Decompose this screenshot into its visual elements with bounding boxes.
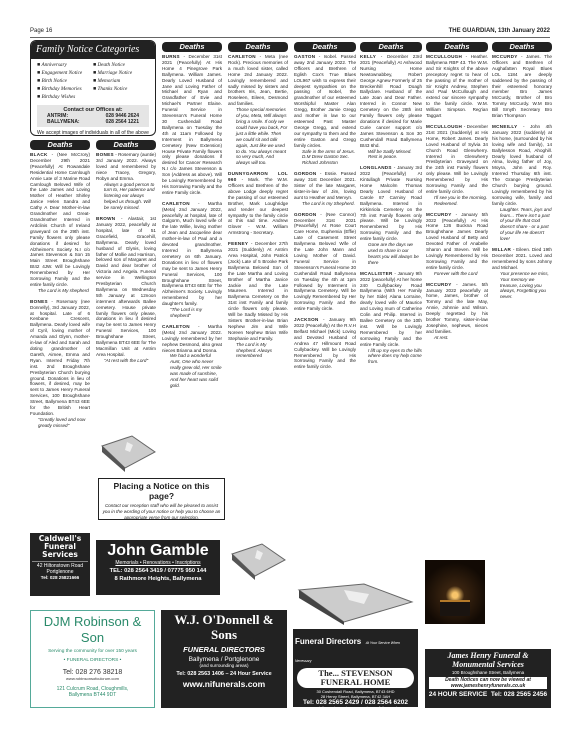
notice-text: - Rosemary (nee Donnelly), 3rd January 2… bbox=[30, 299, 90, 416]
deceased-name: MCCURDY bbox=[426, 212, 452, 217]
notice-text: - John 4th January 2022 (suddenly) at hi… bbox=[492, 124, 552, 206]
placing-notice-box: Placing a Notice on this page? Contact o… bbox=[98, 478, 225, 520]
henry-notice: Death Notices can now be viewed at www.j… bbox=[429, 677, 547, 689]
column-7: DeathsMCCULLOUGH - Heather. Ballymena RB… bbox=[426, 42, 488, 532]
death-notice: MCCULLOUGH - December 21st 2021 (Suddenl… bbox=[426, 124, 488, 207]
column-4: DeathsCARLETON - Meta (nee Rock). Precio… bbox=[228, 42, 288, 452]
death-notice: CARLETON - Meta (nee Rock). Precious mem… bbox=[228, 54, 288, 166]
notice-text: - December 27th 2021 (Suddenly) At Antri… bbox=[228, 241, 288, 341]
notice-verse: Your presence we miss, Your memory we tr… bbox=[492, 271, 552, 301]
categories-list: AnniversaryDeath NoticeEngagement Notice… bbox=[31, 59, 155, 103]
gamble-address: 8 Rathmore Heights, Ballymena bbox=[98, 576, 218, 582]
odonnell-sub: (and surrounding areas) bbox=[163, 663, 285, 668]
notice-text: - January 3rd 2022 (Peacefully) At Kintu… bbox=[360, 165, 422, 241]
notice-verse: Will be Sadly Missed. Rest in peace. bbox=[360, 149, 422, 161]
gamble-name: John Gamble bbox=[98, 542, 218, 560]
death-notice: JACKSON - January 9th 2022 (Peacefully) … bbox=[294, 317, 356, 370]
henry-name: James Henry Funeral & Monumental Service… bbox=[427, 651, 549, 669]
henry-tel: 24 HOUR SERVICE Tel: 028 2565 2456 bbox=[427, 691, 549, 698]
bible-icon bbox=[227, 540, 287, 580]
deceased-name: KELLY bbox=[360, 54, 376, 59]
stevenson-tel: Tel: 028 2565 2429 / 028 2564 6202 bbox=[295, 699, 416, 706]
robinson-address: 121 Culcrum Road, Cloughmills, Ballymena… bbox=[34, 686, 151, 698]
column-5: DeathsGASTON - Isobel. Passed away 2nd J… bbox=[294, 42, 356, 562]
robinson-name: DJM Robinson & Son bbox=[34, 614, 151, 646]
stevenson-web: or visit www.jamesstevensonandson.yellsi… bbox=[295, 706, 416, 707]
bible-icon bbox=[97, 432, 157, 472]
deceased-name: MCNEILLY bbox=[492, 124, 517, 129]
deceased-name: MCCURDY bbox=[426, 282, 452, 287]
deaths-header: Deaths bbox=[228, 42, 288, 52]
placing-title: Placing a Notice on this page? bbox=[101, 481, 222, 501]
death-notice: MCCURDY - James. The Officers and Brethr… bbox=[492, 54, 552, 119]
notice-verse: Gone are the days we used to share in ou… bbox=[360, 242, 422, 266]
odonnell-area: Ballymena / Portglenone bbox=[163, 656, 285, 663]
deceased-name: CARLETON bbox=[162, 324, 190, 329]
notice-text: - (Nee McCrory) December 29th 2021 (Peac… bbox=[30, 152, 90, 287]
john-gamble-ad: John Gamble Memorials • Renovations • In… bbox=[96, 540, 220, 595]
deceased-name: MCALLISTER bbox=[360, 271, 393, 276]
notice-text: - December 23rd 2021 (Peacefully) At Ash… bbox=[360, 54, 422, 148]
notice-verse: Safe in the arms of Jesus. D.M Drew Gast… bbox=[294, 149, 356, 167]
notice-verse: We had a wonderful Aunt, One who never r… bbox=[162, 353, 222, 388]
notice-verse: Always a good person to turn to, Her pat… bbox=[96, 182, 156, 212]
categories-footer: We accept images of individuals in all o… bbox=[31, 129, 155, 136]
notice-verse: The Lord is my Shepherd. bbox=[294, 201, 356, 207]
deaths-header: Deaths bbox=[360, 42, 422, 52]
category-item: Death Notice bbox=[93, 61, 149, 69]
deceased-name: BROWN bbox=[96, 216, 115, 221]
notice-verse: The Lord is My shepherd bbox=[30, 288, 90, 294]
candle-image bbox=[425, 560, 485, 624]
notice-verse: At rest. bbox=[426, 335, 488, 341]
deaths-header: Deaths bbox=[426, 42, 488, 52]
deaths-header: Deaths bbox=[294, 42, 356, 52]
notice-text: - Heather. Ballymena RBP 43. The W.M. an… bbox=[426, 54, 488, 118]
caldwell-tel: Tel: 028 25821666 bbox=[32, 575, 88, 580]
notice-verse: Those special memories of you, Meta, Wil… bbox=[228, 107, 288, 166]
notice-text: - James. 5th January 2022 peacefully at … bbox=[426, 282, 488, 334]
candle-icon bbox=[440, 600, 470, 616]
caldwell-name: Caldwell's Funeral Services bbox=[32, 535, 88, 559]
deceased-name: CARLETON bbox=[228, 54, 256, 59]
deceased-name: GASTON bbox=[294, 54, 315, 59]
james-henry-ad: James Henry Funeral & Monumental Service… bbox=[425, 649, 551, 708]
notice-text: - (Nee Connor) December 31st 2021 (Peace… bbox=[294, 212, 356, 312]
notice-text: - January 9th 2022 (Peacefully) At the R… bbox=[294, 317, 356, 369]
stevenson-tag-row: Funeral Directors At Your Service When N… bbox=[295, 631, 416, 667]
caldwell-ad: Caldwell's Funeral Services 42 Hiltonsto… bbox=[30, 533, 90, 596]
notice-verse: The Lord is My shepherd. Always remember… bbox=[228, 342, 288, 360]
column-1: DeathsBLACK - (Nee McCrory) December 29t… bbox=[30, 140, 90, 540]
death-notice: GASTON - Isobel. Passed away 2nd January… bbox=[294, 54, 356, 166]
notice-verse: "The Lord is my shepherd" bbox=[162, 307, 222, 319]
deceased-name: MILLAR bbox=[492, 247, 511, 252]
stevenson-name: The... STEVENSON FUNERAL HOME bbox=[297, 668, 414, 688]
death-notice: FEENEY - December 27th 2021 (Suddenly) A… bbox=[228, 241, 288, 359]
death-notice: BURNS - December 31st 2021 (Peacefully) … bbox=[162, 54, 222, 196]
death-notice: CARLETON - Martha (Meta) 2nd January 202… bbox=[162, 201, 222, 319]
gamble-tel: TEL: 028 2564 3419 / 07775 950 144 bbox=[98, 568, 218, 574]
death-notice: BONES - Rosemary (nee Donnelly), 3rd Jan… bbox=[30, 299, 90, 429]
deceased-name: BURNS bbox=[162, 54, 180, 59]
death-notice: BONES - Rosemary (auntie) 3rd January 20… bbox=[96, 152, 156, 211]
robinson-web: www.robinsonsofculcrum.com bbox=[34, 676, 151, 681]
notice-verse: Laughter. Tears, joys and fears... There… bbox=[492, 207, 552, 242]
deceased-name: GORDON bbox=[294, 212, 316, 217]
category-item: Marriage Notice bbox=[93, 69, 149, 77]
column-6: DeathsKELLY - December 23rd 2021 (Peacef… bbox=[360, 42, 422, 562]
notice-text: - Isobel. Passed away 2nd January 2022. … bbox=[294, 54, 356, 148]
notice-text: - Meta (nee Rock). Precious memories of … bbox=[228, 54, 288, 106]
odonnell-name: W.J. O'Donnell & Sons bbox=[163, 612, 285, 642]
notice-verse: Forever with the Lord bbox=[426, 271, 488, 277]
death-notice: MILLAR - Eileen. Died 19th December 2021… bbox=[492, 247, 552, 300]
notice-verse: I lift up my eyes to the hills where doe… bbox=[360, 348, 422, 366]
odonnell-tel: Tel: 028 2563 1406 – 24 Hour Service bbox=[163, 671, 285, 677]
stevenson-tag: Funeral Directors bbox=[295, 637, 361, 646]
robinson-tel: Tel: 028 276 38218 bbox=[34, 669, 151, 676]
notice-text: - Alastair, 1st January 2022, peacefully… bbox=[96, 216, 156, 357]
category-item: Birthday Memories bbox=[37, 85, 93, 93]
death-notice: MCCULLOUGH - Heather. Ballymena RBP 43. … bbox=[426, 54, 488, 119]
robinson-tagline: Serving the community for over 150 years bbox=[34, 649, 151, 654]
death-notice: BLACK - (Nee McCrory) December 29th 2021… bbox=[30, 152, 90, 294]
category-item: Memoriam bbox=[93, 77, 149, 85]
category-item: Anniversary bbox=[37, 61, 93, 69]
deceased-name: LONGLANDS bbox=[360, 165, 392, 170]
notice-verse: "Greatly loved and now greatly missed" bbox=[30, 417, 90, 429]
office-ballymena: BALLYMENA:028 2564 1221 bbox=[47, 119, 139, 125]
deaths-header: Deaths bbox=[492, 42, 552, 52]
notice-verse: I'll see you in the morning. Redeemed. bbox=[426, 195, 488, 207]
robinson-type: • FUNERAL DIRECTORS • bbox=[34, 658, 151, 663]
notice-text: - December 21st 2021 (Suddenly) at His H… bbox=[426, 124, 488, 194]
deceased-name: MCCURDY bbox=[492, 54, 518, 59]
death-notice: MCALLISTER - January 9th 2022 (peacefull… bbox=[360, 271, 422, 366]
deaths-header: Deaths bbox=[96, 140, 156, 150]
bible-icon bbox=[293, 580, 415, 625]
deceased-name: GORDON bbox=[294, 171, 316, 176]
death-notice: MCCURDY - James. 5th January 2022 peacef… bbox=[426, 282, 488, 341]
deceased-name: CARLETON bbox=[162, 201, 190, 206]
odonnell-type: FUNERAL DIRECTORS bbox=[163, 645, 285, 654]
category-item: Thanks Notice bbox=[93, 85, 149, 93]
notice-text: - James. The Officers and Brethren of Au… bbox=[492, 54, 552, 118]
death-notice: DUNNYGARRON LOL 960 - Mark. The W.M. Off… bbox=[228, 171, 288, 236]
categories-title: Family Notice Categories bbox=[31, 41, 155, 59]
deceased-name: FEENEY bbox=[228, 241, 248, 246]
page-number: Page 16 bbox=[30, 28, 52, 34]
masthead: THE GUARDIAN, 13th January 2022 bbox=[449, 28, 550, 34]
deaths-header: Deaths bbox=[30, 140, 90, 150]
stevenson-funeral-home-ad: Funeral Directors At Your Service When N… bbox=[293, 629, 418, 707]
deceased-name: MCCULLOUGH bbox=[426, 124, 462, 129]
column-3: DeathsBURNS - December 31st 2021 (Peacef… bbox=[162, 42, 222, 482]
notice-text: - December 31st 2021 (Peacefully) At His… bbox=[162, 54, 222, 195]
deceased-name: BLACK bbox=[30, 152, 48, 157]
death-notice: KELLY - December 23rd 2021 (Peacefully) … bbox=[360, 54, 422, 160]
page-header: Page 16 THE GUARDIAN, 13th January 2022 bbox=[30, 28, 550, 38]
death-notice: GORDON - Essie. Passed away 31st Decembe… bbox=[294, 171, 356, 206]
notice-verse: "At rest with the Lord" bbox=[96, 358, 156, 364]
column-2: DeathsBONES - Rosemary (auntie) 3rd Janu… bbox=[96, 140, 156, 430]
category-item: Birthday Wishes bbox=[37, 93, 93, 101]
column-8: DeathsMCCURDY - James. The Officers and … bbox=[492, 42, 552, 482]
death-notice: CARLETON - Martha (Meta) 2nd January 202… bbox=[162, 324, 222, 389]
notice-text: - January 5th 2022 (Peacefully) At His H… bbox=[426, 212, 488, 270]
category-item: Birth Notice bbox=[37, 77, 93, 85]
deceased-name: JACKSON bbox=[294, 317, 319, 322]
contact-box: Contact our Offices at: ANTRIM:028 9446 … bbox=[37, 105, 149, 127]
notice-text: - January 9th 2022 (peacefully) At her h… bbox=[360, 271, 422, 347]
death-notice: MCCURDY - January 5th 2022 (Peacefully) … bbox=[426, 212, 488, 277]
caldwell-address: 42 Hiltonstown Road Portglenone bbox=[32, 561, 88, 575]
death-notice: LONGLANDS - January 3rd 2022 (Peacefully… bbox=[360, 165, 422, 265]
notice-text: - Martha (Meta) 2nd January 2022, peacef… bbox=[162, 201, 222, 306]
category-item: Engagement Notice bbox=[37, 69, 93, 77]
deceased-name: MCCULLOUGH bbox=[426, 54, 462, 59]
odonnell-web: www.nifunerals.com bbox=[163, 679, 285, 689]
deaths-header: Deaths bbox=[162, 42, 222, 52]
death-notice: BROWN - Alastair, 1st January 2022, peac… bbox=[96, 216, 156, 364]
family-notice-categories: Family Notice Categories AnniversaryDeat… bbox=[30, 40, 156, 136]
gamble-services: Memorials • Renovations • Inscriptions bbox=[98, 560, 218, 566]
djm-robinson-ad: DJM Robinson & Son Serving the community… bbox=[30, 610, 155, 708]
deceased-name: BONES bbox=[30, 299, 48, 304]
henry-address: 100 Broughshane Street, Ballymena bbox=[427, 670, 549, 675]
deceased-name: BONES bbox=[96, 152, 114, 157]
wj-odonnell-ad: W.J. O'Donnell & Sons FUNERAL DIRECTORS … bbox=[161, 610, 287, 708]
notice-text: - Mark. The W.M. Officers and Brethren o… bbox=[228, 177, 288, 235]
death-notice: GORDON - (Nee Connor) December 31st 2021… bbox=[294, 212, 356, 312]
placing-text: Contact our reception staff who will be … bbox=[101, 503, 222, 520]
death-notice: MCNEILLY - John 4th January 2022 (sudden… bbox=[492, 124, 552, 242]
